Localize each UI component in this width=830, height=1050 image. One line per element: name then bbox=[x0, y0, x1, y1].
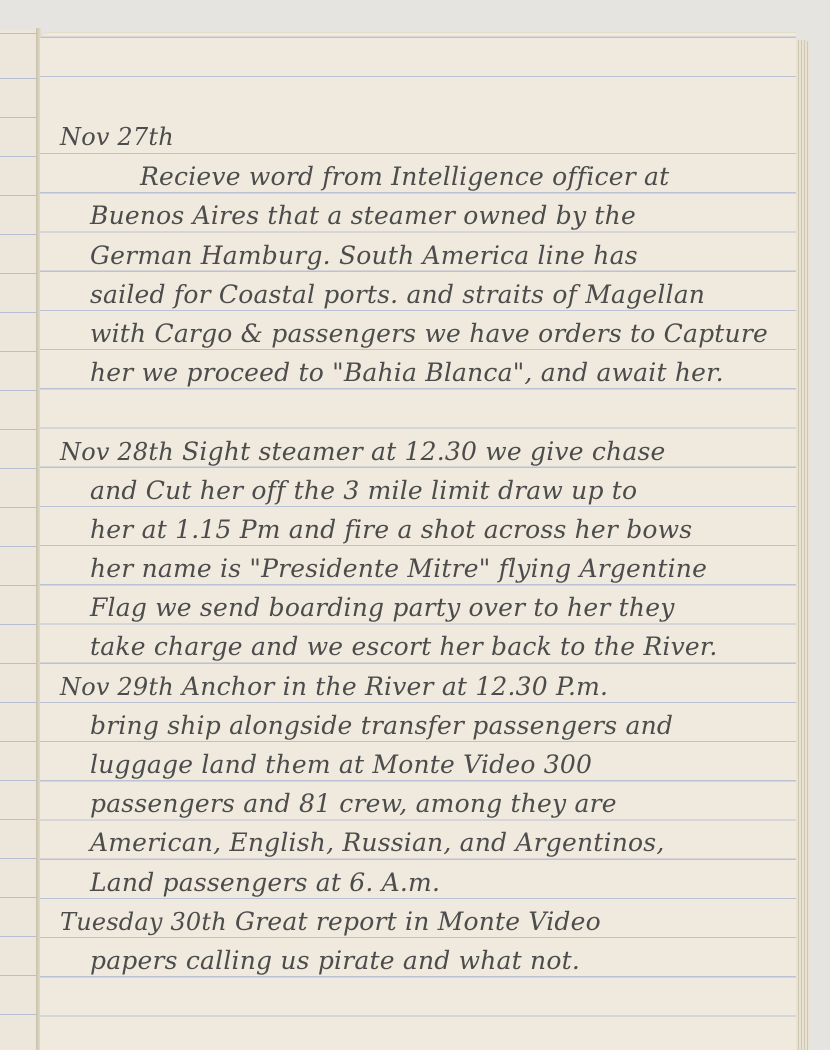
entry-date: Tuesday 30th bbox=[60, 908, 227, 936]
text-line: her name is "Presidente Mitre" flying Ar… bbox=[60, 549, 790, 588]
text-line: Great report in Monte Video bbox=[235, 907, 601, 936]
page-stack-edge bbox=[796, 40, 810, 1050]
entry-date: Nov 27th bbox=[60, 118, 790, 157]
text-line: Land passengers at 6. A.m. bbox=[60, 863, 790, 902]
text-line: Sight steamer at 12.30 we give chase bbox=[182, 437, 665, 466]
text-line: her at 1.15 Pm and fire a shot across he… bbox=[60, 510, 790, 549]
entry-date: Nov 29th bbox=[60, 673, 174, 701]
entry-line: Nov 29th Anchor in the River at 12.30 P.… bbox=[60, 667, 790, 706]
text-line: papers calling us pirate and what not. bbox=[60, 941, 790, 980]
left-page-edge bbox=[0, 30, 38, 1050]
entry-date: Nov 28th bbox=[60, 438, 174, 466]
blank-line bbox=[60, 392, 790, 431]
entry-line: Nov 28th Sight steamer at 12.30 we give … bbox=[60, 432, 790, 471]
text-line: Buenos Aires that a steamer owned by the bbox=[60, 196, 790, 235]
text-line: American, English, Russian, and Argentin… bbox=[60, 823, 790, 862]
text-line: Recieve word from Intelligence officer a… bbox=[60, 157, 790, 196]
text-line: her we proceed to "Bahia Blanca", and aw… bbox=[60, 353, 790, 392]
text-line: luggage land them at Monte Video 300 bbox=[60, 745, 790, 784]
text-line: and Cut her off the 3 mile limit draw up… bbox=[60, 471, 790, 510]
entry-line: Tuesday 30th Great report in Monte Video bbox=[60, 902, 790, 941]
diary-text: Nov 27th Recieve word from Intelligence … bbox=[60, 118, 790, 980]
text-line: take charge and we escort her back to th… bbox=[60, 627, 790, 666]
text-line: bring ship alongside transfer passengers… bbox=[60, 706, 790, 745]
text-line: with Cargo & passengers we have orders t… bbox=[60, 314, 790, 353]
text-line: Anchor in the River at 12.30 P.m. bbox=[182, 672, 608, 701]
text-line: passengers and 81 crew, among they are bbox=[60, 784, 790, 823]
text-line: sailed for Coastal ports. and straits of… bbox=[60, 275, 790, 314]
text-line: Flag we send boarding party over to her … bbox=[60, 588, 790, 627]
text-line: German Hamburg. South America line has bbox=[60, 236, 790, 275]
